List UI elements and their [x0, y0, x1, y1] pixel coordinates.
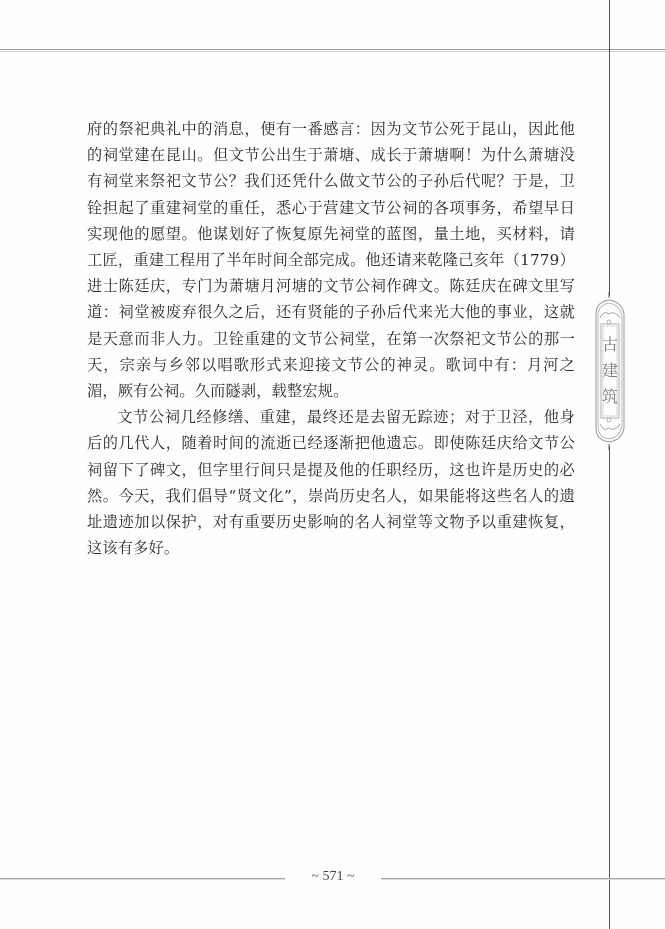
- body-text: 府的祭祀典礼中的消息，便有一番感言：因为文节公死于昆山，因此他的祠堂建在昆山。但…: [87, 116, 575, 561]
- section-char: 古: [588, 332, 632, 358]
- section-tab: 古 建 筑: [588, 292, 632, 450]
- page-number: ~ 571 ~: [285, 869, 381, 885]
- footer-rule-left: [0, 878, 285, 880]
- section-char: 建: [588, 358, 632, 384]
- paragraph-1: 府的祭祀典礼中的消息，便有一番感言：因为文节公死于昆山，因此他的祠堂建在昆山。但…: [87, 116, 575, 404]
- section-char: 筑: [588, 384, 632, 410]
- footer-rule-right: [381, 878, 665, 880]
- paragraph-2: 文节公祠几经修缮、重建，最终还是去留无踪迹；对于卫泾，他身后的几代人，随着时间的…: [87, 404, 575, 561]
- section-label: 古 建 筑: [588, 332, 632, 410]
- margin-rule: [609, 0, 610, 929]
- header-rule: [0, 49, 665, 52]
